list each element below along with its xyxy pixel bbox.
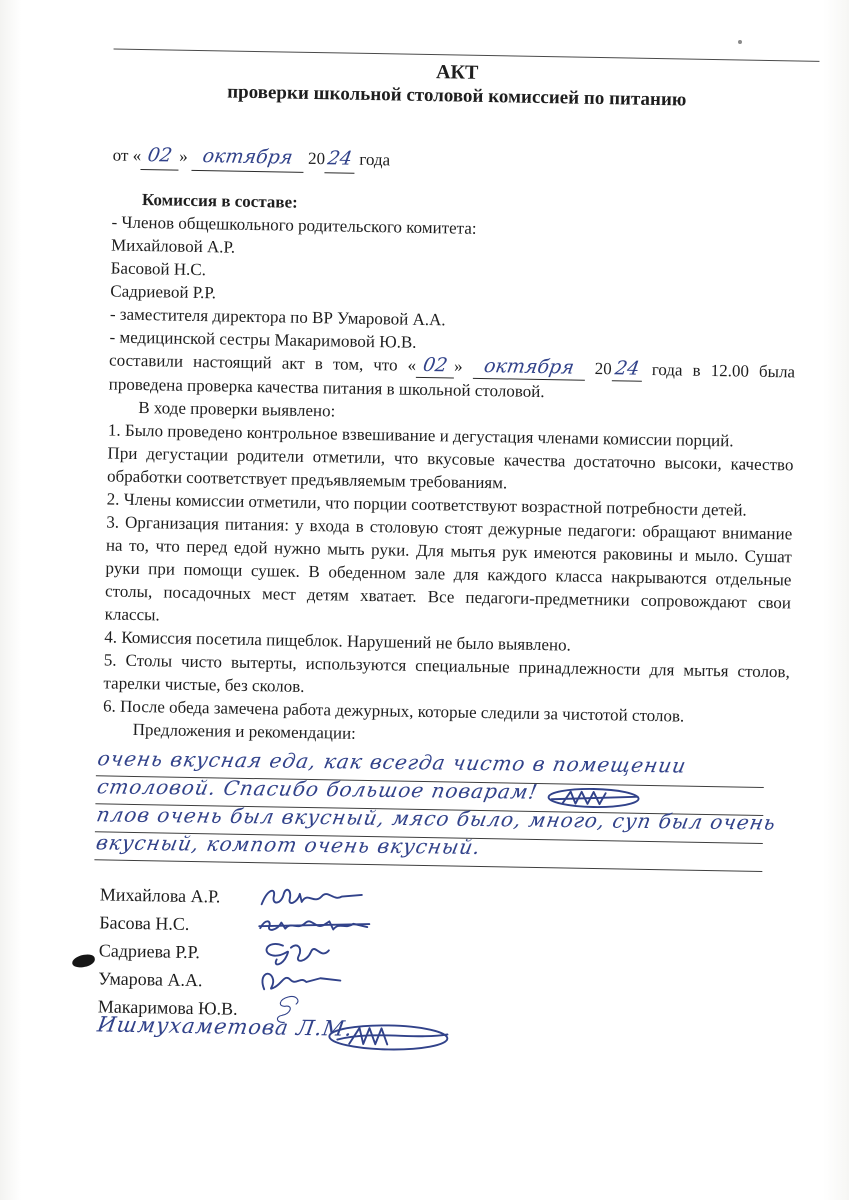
handwritten-day: 02 xyxy=(147,146,174,165)
handwritten-note-text: столовой. Спасибо большое поварам! xyxy=(96,776,540,801)
scan-skew-wrapper: АКТ проверки школьной столовой комиссией… xyxy=(0,0,849,1200)
act-day-blank: 02 xyxy=(416,354,454,379)
act-before: составили настоящий акт в том, что « xyxy=(109,350,416,374)
handwritten-month: октября xyxy=(482,357,575,378)
signature-block: Михайлова А.Р. Басова Н.С. Садриева Р.Р. xyxy=(97,880,786,1066)
handwritten-note-text: вкусный, компот очень вкусный. xyxy=(95,832,483,857)
handwritten-year: 24 xyxy=(327,149,354,168)
signatory-name: Михайлова А.Р. xyxy=(100,884,250,908)
scanned-act-document: АКТ проверки школьной столовой комиссией… xyxy=(0,0,849,1200)
finding-paragraph: 3. Организация питания: у входа в столов… xyxy=(105,510,793,637)
document-content: АКТ проверки школьной столовой комиссией… xyxy=(97,0,801,1066)
signatory-name: Садриева Р.Р. xyxy=(99,940,249,964)
signatory-name: Умарова А.А. xyxy=(98,968,248,992)
handwritten-year: 24 xyxy=(613,359,640,378)
act-year-typed: 20 xyxy=(595,359,612,378)
signature-scribble xyxy=(256,967,351,997)
handwritten-note-text: плов очень был вкусный, мясо было, много… xyxy=(95,804,778,832)
date-after-day: » xyxy=(179,147,188,166)
signature-scribble xyxy=(325,1020,454,1054)
handwritten-day: 02 xyxy=(422,356,449,375)
signature-scribble xyxy=(258,883,370,913)
date-day-blank: 02 xyxy=(141,143,179,171)
act-year-blank: 24 xyxy=(612,357,642,382)
crossed-out-scribble xyxy=(545,786,643,810)
handwritten-note-text: очень вкусная еда, как всегда чисто в по… xyxy=(96,748,688,775)
date-line: от «02» октября 2024 года xyxy=(112,143,798,182)
handwritten-signatory-name: Ишмухаметова Л.М. xyxy=(96,1014,355,1039)
signature-scribble xyxy=(257,937,348,971)
date-month-blank: октября xyxy=(192,144,304,173)
date-suffix: года xyxy=(359,150,390,170)
date-year-blank: 24 xyxy=(325,146,355,174)
date-prefix: от « xyxy=(113,146,142,165)
act-month-blank: октября xyxy=(472,355,584,381)
date-year-typed: 20 xyxy=(308,149,325,168)
signatory-name: Басова Н.С. xyxy=(99,912,249,936)
scan-speck-artifact xyxy=(738,40,742,44)
handwritten-month: октября xyxy=(202,147,295,168)
act-after-day: » xyxy=(454,356,463,375)
signature-scribble xyxy=(257,912,372,940)
handwritten-notes: очень вкусная еда, как всегда чисто в по… xyxy=(94,748,764,872)
